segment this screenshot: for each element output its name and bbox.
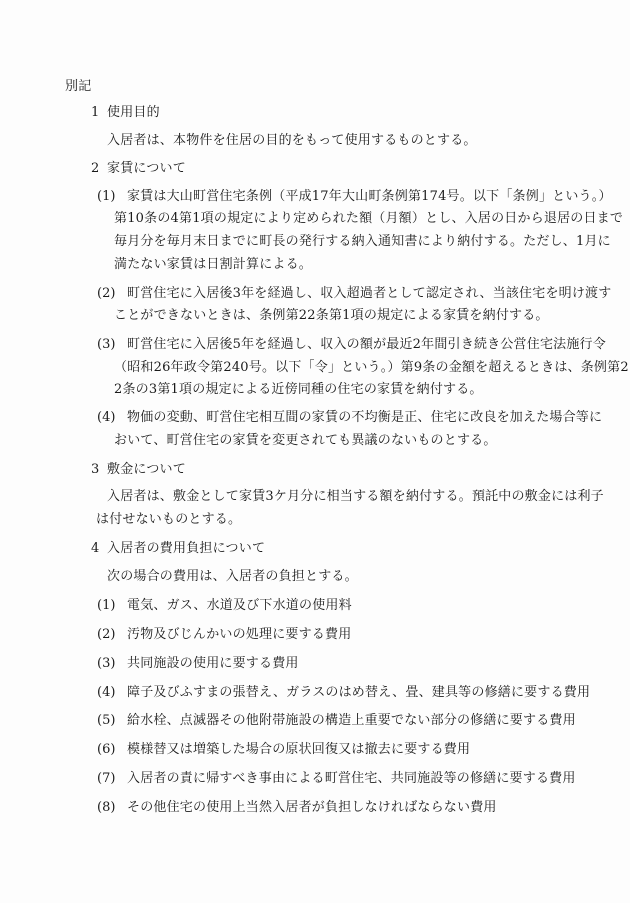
item-line: 物価の変動、町営住宅相互間の家賃の不均衡是正、住宅に改良を加えた場合等に xyxy=(127,410,602,426)
item-line: 家賃は大山町営住宅条例（平成17年大山町条例第174号。以下「条例」という。） xyxy=(127,189,612,205)
section-heading: 敷金について xyxy=(107,462,186,478)
item-text: 模様替又は増築した場合の原状回復又は撤去に要する費用 xyxy=(127,742,470,758)
section-heading: 家賃について xyxy=(107,161,186,177)
section-number: 4 xyxy=(91,541,99,557)
section-heading: 入居者の費用負担について xyxy=(107,541,265,557)
item-line: 2条の3第1項の規定による近傍同種の住宅の家賃を納付する。 xyxy=(114,382,483,398)
item-number: (1) xyxy=(97,189,115,205)
item-line: ことができないときは、条例第22条第1項の規定による家賃を納付する。 xyxy=(114,308,549,324)
item-text: 給水栓、点滅器その他附帯施設の構造上重要でない部分の修繕に要する費用 xyxy=(127,713,576,729)
item-number: (4) xyxy=(97,685,115,701)
item-number: (5) xyxy=(97,713,115,729)
item-line: 町営住宅に入居後3年を経過し、収入超過者として認定され、当該住宅を明け渡す xyxy=(127,286,611,302)
item-number: (3) xyxy=(97,337,115,353)
item-line: （昭和26年政令第240号。以下「令」という。）第9条の金額を超えるときは、条例… xyxy=(114,360,629,376)
item-number: (3) xyxy=(97,656,115,672)
section-body-line: 次の場合の費用は、入居者の負担とする。 xyxy=(107,569,358,585)
section-heading: 使用目的 xyxy=(107,105,160,121)
item-text: 障子及びふすまの張替え、ガラスのはめ替え、畳、建具等の修繕に要する費用 xyxy=(127,685,590,701)
item-number: (1) xyxy=(97,598,115,614)
item-text: 共同施設の使用に要する費用 xyxy=(127,656,299,672)
section-number: 3 xyxy=(91,462,99,478)
item-number: (2) xyxy=(97,627,115,643)
item-line: おいて、町営住宅の家賃を変更されても異議のないものとする。 xyxy=(114,433,497,449)
section-number: 1 xyxy=(91,105,99,121)
document-title: 別記 xyxy=(65,79,91,95)
item-line: 町営住宅に入居後5年を経過し、収入の額が最近2年間引き続き公営住宅法施行令 xyxy=(127,337,606,353)
item-number: (6) xyxy=(97,742,115,758)
item-line: 毎月分を毎月末日までに町長の発行する納入通知書により納付する。ただし、1月に xyxy=(114,234,611,250)
item-text: 電気、ガス、水道及び下水道の使用料 xyxy=(127,598,352,614)
section-number: 2 xyxy=(91,161,99,177)
item-number: (7) xyxy=(97,771,115,787)
item-line: 第10条の4第1項の規定により定められた額（月額）とし、入居の日から退居の日まで xyxy=(114,211,623,227)
section-body-line: 入居者は、本物件を住居の目的をもって使用するものとする。 xyxy=(107,133,477,149)
item-number: (4) xyxy=(97,410,115,426)
item-line: 満たない家賃は日割計算による。 xyxy=(114,257,312,273)
item-text: その他住宅の使用上当然入居者が負担しなければならない費用 xyxy=(127,800,497,816)
document-page: 別記 1 使用目的 入居者は、本物件を住居の目的をもって使用するものとする。 2… xyxy=(0,0,630,903)
item-text: 入居者の責に帰すべき事由による町営住宅、共同施設等の修繕に要する費用 xyxy=(127,771,576,787)
item-number: (2) xyxy=(97,286,115,302)
section-body-line: 入居者は、敷金として家賃3ケ月分に相当する額を納付する。預託中の敷金には利子 xyxy=(107,489,604,505)
section-body-line: は付せないものとする。 xyxy=(96,512,241,528)
item-number: (8) xyxy=(97,800,115,816)
item-text: 汚物及びじんかいの処理に要する費用 xyxy=(127,627,351,643)
